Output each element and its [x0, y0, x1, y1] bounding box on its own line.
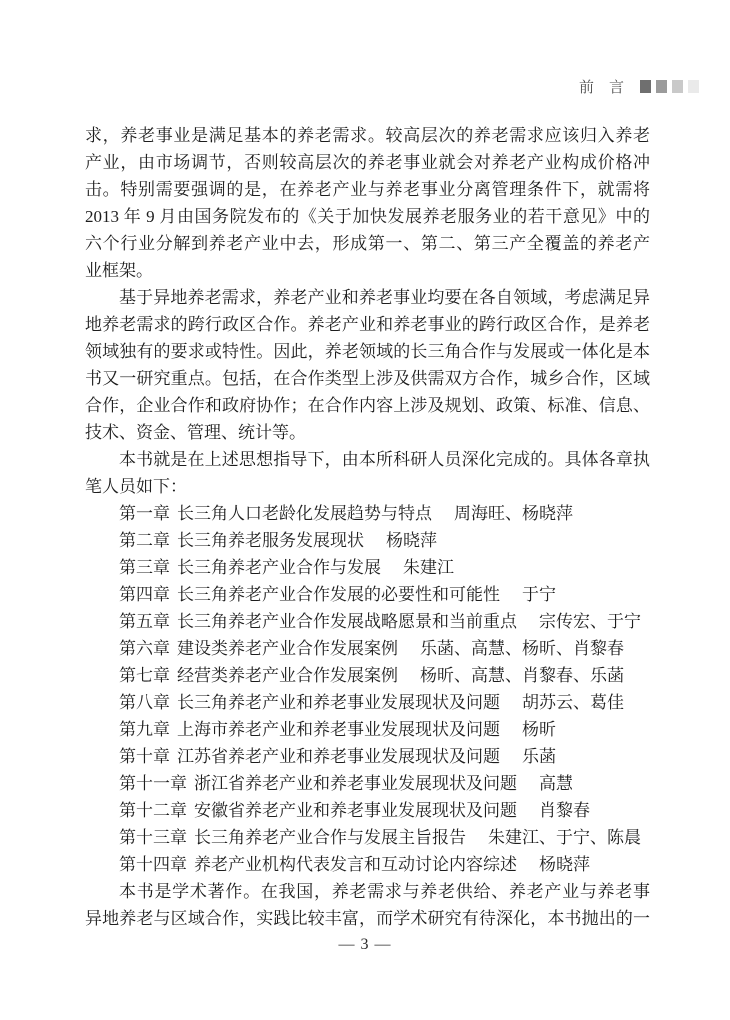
fade-square-4 — [688, 80, 699, 93]
paragraph-line: 击。特别需要强调的是，在养老产业与养老事业分离管理条件下，就需将 — [85, 176, 650, 203]
chapter-number: 第三章 — [119, 558, 170, 577]
paragraph-line: 异地养老与区域合作，实践比较丰富，而学术研究有待深化，本书抛出的一 — [85, 905, 650, 932]
paragraph-line: 本书就是在上述思想指导下，由本所科研人员深化完成的。具体各章执 — [85, 446, 650, 473]
chapter-authors: 周海旺、杨晓萍 — [454, 504, 573, 523]
chapter-title: 长三角养老服务发展现状 — [177, 531, 364, 550]
chapter-authors: 朱建江 — [403, 558, 454, 577]
chapter-item: 第二章长三角养老服务发展现状杨晓萍 — [85, 527, 650, 554]
chapter-authors: 杨晓萍 — [539, 855, 590, 874]
chapter-title: 安徽省养老产业和养老事业发展现状及问题 — [194, 801, 517, 820]
paragraph-line: 业框架。 — [85, 257, 650, 284]
chapter-number: 第四章 — [119, 585, 170, 604]
chapter-item: 第三章长三角养老产业合作与发展朱建江 — [85, 554, 650, 581]
paragraph-line: 产业，由市场调节，否则较高层次的养老事业就会对养老产业构成价格冲 — [85, 149, 650, 176]
chapter-number: 第二章 — [119, 531, 170, 550]
paragraph-line: 六个行业分解到养老产业中去，形成第一、第二、第三产全覆盖的养老产 — [85, 230, 650, 257]
chapter-number: 第八章 — [119, 693, 170, 712]
paragraph-line: 地养老需求的跨行政区合作。养老产业和养老事业的跨行政区合作，是养老 — [85, 311, 650, 338]
chapter-authors: 高慧 — [539, 774, 573, 793]
chapter-authors: 胡苏云、葛佳 — [522, 693, 624, 712]
paragraph-line: 2013 年 9 月由国务院发布的《关于加快发展养老服务业的若干意见》中的 — [85, 203, 650, 230]
chapter-title: 长三角养老产业合作发展的必要性和可能性 — [177, 585, 500, 604]
chapter-number: 第九章 — [119, 720, 170, 739]
chapter-item: 第一章长三角人口老龄化发展趋势与特点周海旺、杨晓萍 — [85, 500, 650, 527]
chapter-number: 第六章 — [119, 639, 170, 658]
body-text: 求，养老事业是满足基本的养老需求。较高层次的养老需求应该归入养老 产业，由市场调… — [85, 122, 650, 932]
chapter-item: 第十二章安徽省养老产业和养老事业发展现状及问题肖黎春 — [85, 797, 650, 824]
chapter-item: 第九章上海市养老产业和养老事业发展现状及问题杨昕 — [85, 716, 650, 743]
chapter-item: 第七章经营类养老产业合作发展案例杨昕、高慧、肖黎春、乐菡 — [85, 662, 650, 689]
chapter-authors: 朱建江、于宁、陈晨 — [488, 828, 641, 847]
page-number: — 3 — — [0, 936, 730, 954]
chapter-authors: 肖黎春 — [539, 801, 590, 820]
chapter-authors: 乐菡、高慧、杨昕、肖黎春 — [420, 639, 624, 658]
chapter-authors: 杨晓萍 — [386, 531, 437, 550]
chapter-title: 建设类养老产业合作发展案例 — [177, 639, 398, 658]
chapter-title: 江苏省养老产业和养老事业发展现状及问题 — [177, 747, 500, 766]
page-header: 前 言 — [579, 76, 699, 97]
chapter-authors: 杨昕 — [522, 720, 556, 739]
chapter-authors: 于宁 — [522, 585, 556, 604]
chapter-title: 经营类养老产业合作发展案例 — [177, 666, 398, 685]
chapter-number: 第十章 — [119, 747, 170, 766]
chapter-title: 长三角养老产业合作与发展 — [177, 558, 381, 577]
paragraph-line: 笔人员如下： — [85, 473, 650, 500]
chapter-number: 第十二章 — [119, 801, 187, 820]
paragraph-line: 书又一研究重点。包括，在合作类型上涉及供需双方合作，城乡合作，区域 — [85, 365, 650, 392]
chapter-item: 第十四章养老产业机构代表发言和互动讨论内容综述杨晓萍 — [85, 851, 650, 878]
chapter-item: 第十一章浙江省养老产业和养老事业发展现状及问题高慧 — [85, 770, 650, 797]
fade-square-2 — [656, 80, 667, 93]
paragraph-line: 本书是学术著作。在我国，养老需求与养老供给、养老产业与养老事业、 — [85, 878, 650, 905]
fade-square-1 — [640, 80, 651, 93]
fade-squares-ornament — [640, 80, 699, 93]
chapter-number: 第七章 — [119, 666, 170, 685]
chapter-title: 长三角养老产业合作发展战略愿景和当前重点 — [177, 612, 517, 631]
chapter-number: 第十四章 — [119, 855, 187, 874]
chapter-item: 第十章江苏省养老产业和养老事业发展现状及问题乐菡 — [85, 743, 650, 770]
chapter-item: 第十三章长三角养老产业合作与发展主旨报告朱建江、于宁、陈晨 — [85, 824, 650, 851]
chapter-authors: 杨昕、高慧、肖黎春、乐菡 — [420, 666, 624, 685]
paragraph-line: 技术、资金、管理、统计等。 — [85, 419, 650, 446]
chapter-authors: 乐菡 — [522, 747, 556, 766]
chapter-title: 上海市养老产业和养老事业发展现状及问题 — [177, 720, 500, 739]
chapter-item: 第六章建设类养老产业合作发展案例乐菡、高慧、杨昕、肖黎春 — [85, 635, 650, 662]
chapter-number: 第十三章 — [119, 828, 187, 847]
chapter-title: 浙江省养老产业和养老事业发展现状及问题 — [194, 774, 517, 793]
chapter-item: 第四章长三角养老产业合作发展的必要性和可能性于宁 — [85, 581, 650, 608]
chapter-number: 第一章 — [119, 504, 170, 523]
chapter-number: 第十一章 — [119, 774, 187, 793]
paragraph-line: 求，养老事业是满足基本的养老需求。较高层次的养老需求应该归入养老 — [85, 122, 650, 149]
chapter-item: 第八章长三角养老产业和养老事业发展现状及问题胡苏云、葛佳 — [85, 689, 650, 716]
fade-square-3 — [672, 80, 683, 93]
chapter-authors: 宗传宏、于宁 — [539, 612, 641, 631]
chapter-number: 第五章 — [119, 612, 170, 631]
paragraph-line: 基于异地养老需求，养老产业和养老事业均要在各自领域，考虑满足异 — [85, 284, 650, 311]
chapter-item: 第五章长三角养老产业合作发展战略愿景和当前重点宗传宏、于宁 — [85, 608, 650, 635]
chapter-title: 长三角养老产业和养老事业发展现状及问题 — [177, 693, 500, 712]
preface-heading: 前 言 — [579, 76, 624, 97]
chapter-title: 养老产业机构代表发言和互动讨论内容综述 — [194, 855, 517, 874]
chapter-title: 长三角养老产业合作与发展主旨报告 — [194, 828, 466, 847]
paragraph-line: 领域独有的要求或特性。因此，养老领域的长三角合作与发展或一体化是本 — [85, 338, 650, 365]
chapter-title: 长三角人口老龄化发展趋势与特点 — [177, 504, 432, 523]
paragraph-line: 合作，企业合作和政府协作；在合作内容上涉及规划、政策、标准、信息、 — [85, 392, 650, 419]
